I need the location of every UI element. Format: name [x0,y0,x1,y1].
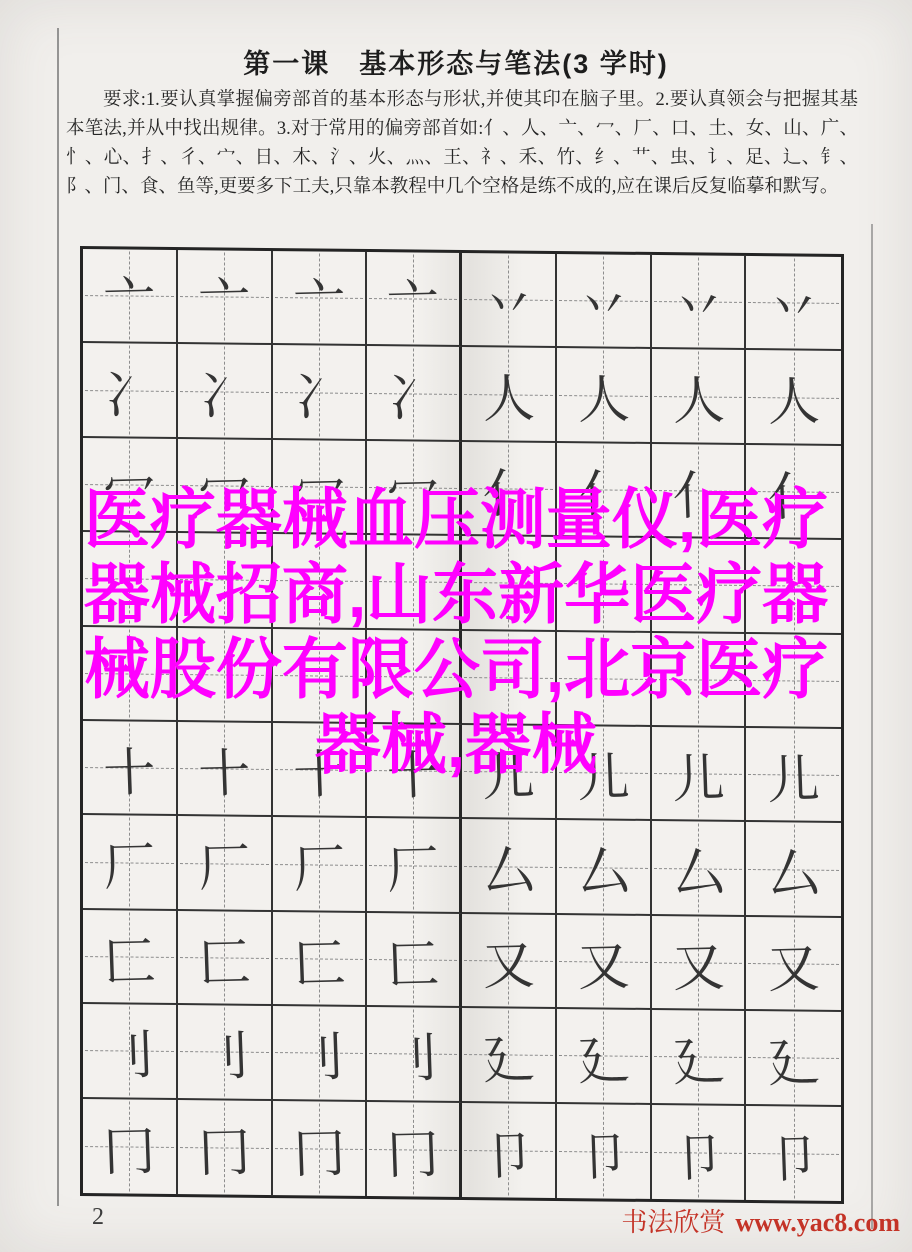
model-character: 厂 [176,816,272,911]
practice-cell: 人 [462,347,557,442]
model-character: 冫 [176,344,272,439]
practice-cell: 廴 [557,1009,652,1104]
model-character: 廴 [650,1010,746,1105]
practice-cell: 冂 [83,1099,178,1194]
practice-cell: 又 [462,914,557,1009]
practice-cell: 厂 [178,816,273,911]
practice-cell: 卩 [557,1104,652,1199]
practice-cell: 亠 [83,249,178,344]
model-character: 卩 [460,1102,556,1199]
model-character: 人 [555,348,651,443]
practice-cell: 人 [746,350,841,445]
lesson-title: 第一课 基本形态与笔法(3 学时) [0,42,912,81]
model-character: 又 [555,914,651,1009]
practice-cell: 匚 [178,911,273,1006]
model-character: 厶 [460,819,556,914]
watermark-line: 器械,器械 [0,707,912,782]
practice-cell: 又 [652,916,747,1011]
practice-cell: 廴 [462,1008,557,1103]
model-character: 廴 [460,1008,556,1103]
watermark-line: 医疗器械血压测量仪,医疗 [0,482,912,557]
practice-cell: 匚 [367,913,462,1008]
practice-cell: 又 [746,917,841,1012]
practice-cell: 厶 [462,819,557,914]
model-character: 冂 [81,1098,177,1195]
requirements-paragraph: 要求:1.要认真掌握偏旁部首的基本形态与形状,并使其印在脑子里。2.要认真领会与… [66,86,858,202]
site-url: www.yac8.com [735,1208,900,1237]
practice-cell: 人 [652,349,747,444]
page-number: 2 [92,1204,104,1231]
model-character: 人 [460,347,556,442]
model-character: 丷 [460,252,556,347]
practice-cell: 卩 [652,1105,747,1200]
model-character: 卩 [650,1104,746,1201]
scanned-workbook-page: 第一课 基本形态与笔法(3 学时) 要求:1.要认真掌握偏旁部首的基本形态与形状… [0,0,912,1252]
practice-cell: 丷 [462,253,557,348]
practice-cell: 卩 [462,1103,557,1198]
model-character: 冂 [176,1099,272,1196]
model-character: 匚 [81,909,177,1004]
site-credit: 书法欣赏www.yac8.com [621,1202,900,1239]
practice-cell: 冫 [178,344,273,439]
practice-cell: 人 [557,348,652,443]
model-character: 卩 [555,1103,651,1200]
model-character: 厂 [271,817,367,912]
practice-cell: 亠 [273,251,368,346]
practice-cell: 厂 [83,815,178,910]
model-character: 丷 [745,255,843,350]
practice-cell: 冫 [83,343,178,438]
model-character: 匚 [366,912,461,1007]
practice-cell: 厶 [746,822,841,917]
model-character: 廴 [555,1009,651,1104]
practice-cell: 丷 [652,255,747,350]
model-character: 丷 [555,253,651,348]
practice-cell: 匚 [83,910,178,1005]
model-character: 又 [460,913,556,1008]
model-character: 冫 [271,345,367,440]
practice-cell: 廴 [652,1010,747,1105]
model-character: 人 [745,350,843,445]
model-character: 亠 [176,249,272,344]
practice-cell: 廴 [746,1011,841,1106]
practice-cell: 厂 [273,817,368,912]
model-character: 厶 [745,822,843,917]
watermark-line: 械股份有限公司,北京医疗 [0,632,912,707]
practice-cell: 厂 [367,818,462,913]
model-character: 又 [650,915,746,1010]
model-character: 廴 [745,1011,843,1106]
practice-cell: 冫 [367,346,462,441]
model-character: 亠 [81,248,177,343]
practice-cell: 又 [557,915,652,1010]
model-character: 亠 [366,251,461,346]
model-character: 厶 [650,821,746,916]
practice-cell: 刂 [367,1007,462,1102]
model-character: 冂 [271,1100,367,1197]
practice-cell: 厶 [652,821,747,916]
practice-cell: 刂 [178,1005,273,1100]
practice-cell: 丷 [557,254,652,349]
practice-cell: 刂 [83,1004,178,1099]
practice-cell: 丷 [746,256,841,351]
practice-cell: 冂 [273,1101,368,1196]
model-character: 厂 [81,815,177,910]
practice-cell: 亠 [178,250,273,345]
model-character: 刂 [81,1004,177,1099]
model-character: 又 [745,916,843,1011]
watermark-overlay: 医疗器械血压测量仪,医疗 器械招商,山东新华医疗器 械股份有限公司,北京医疗 器… [0,482,912,782]
model-character: 丷 [650,254,746,349]
practice-cell: 卩 [746,1106,841,1201]
model-character: 刂 [271,1006,367,1101]
practice-cell: 刂 [273,1006,368,1101]
practice-cell: 冂 [367,1102,462,1197]
model-character: 冫 [81,343,177,438]
model-character: 厂 [366,818,461,913]
model-character: 冂 [366,1101,461,1198]
practice-cell: 冫 [273,345,368,440]
practice-cell: 冂 [178,1100,273,1195]
model-character: 刂 [366,1007,461,1102]
model-character: 匚 [176,910,272,1005]
model-character: 卩 [745,1105,843,1202]
model-character: 厶 [555,820,651,915]
model-character: 冫 [366,346,461,441]
model-character: 匚 [271,911,367,1006]
model-character: 亠 [271,250,367,345]
practice-cell: 匚 [273,912,368,1007]
practice-cell: 亠 [367,252,462,347]
site-name: 书法欣赏 [621,1208,725,1237]
watermark-line: 器械招商,山东新华医疗器 [0,557,912,632]
model-character: 人 [650,349,746,444]
practice-cell: 厶 [557,820,652,915]
model-character: 刂 [176,1005,272,1100]
